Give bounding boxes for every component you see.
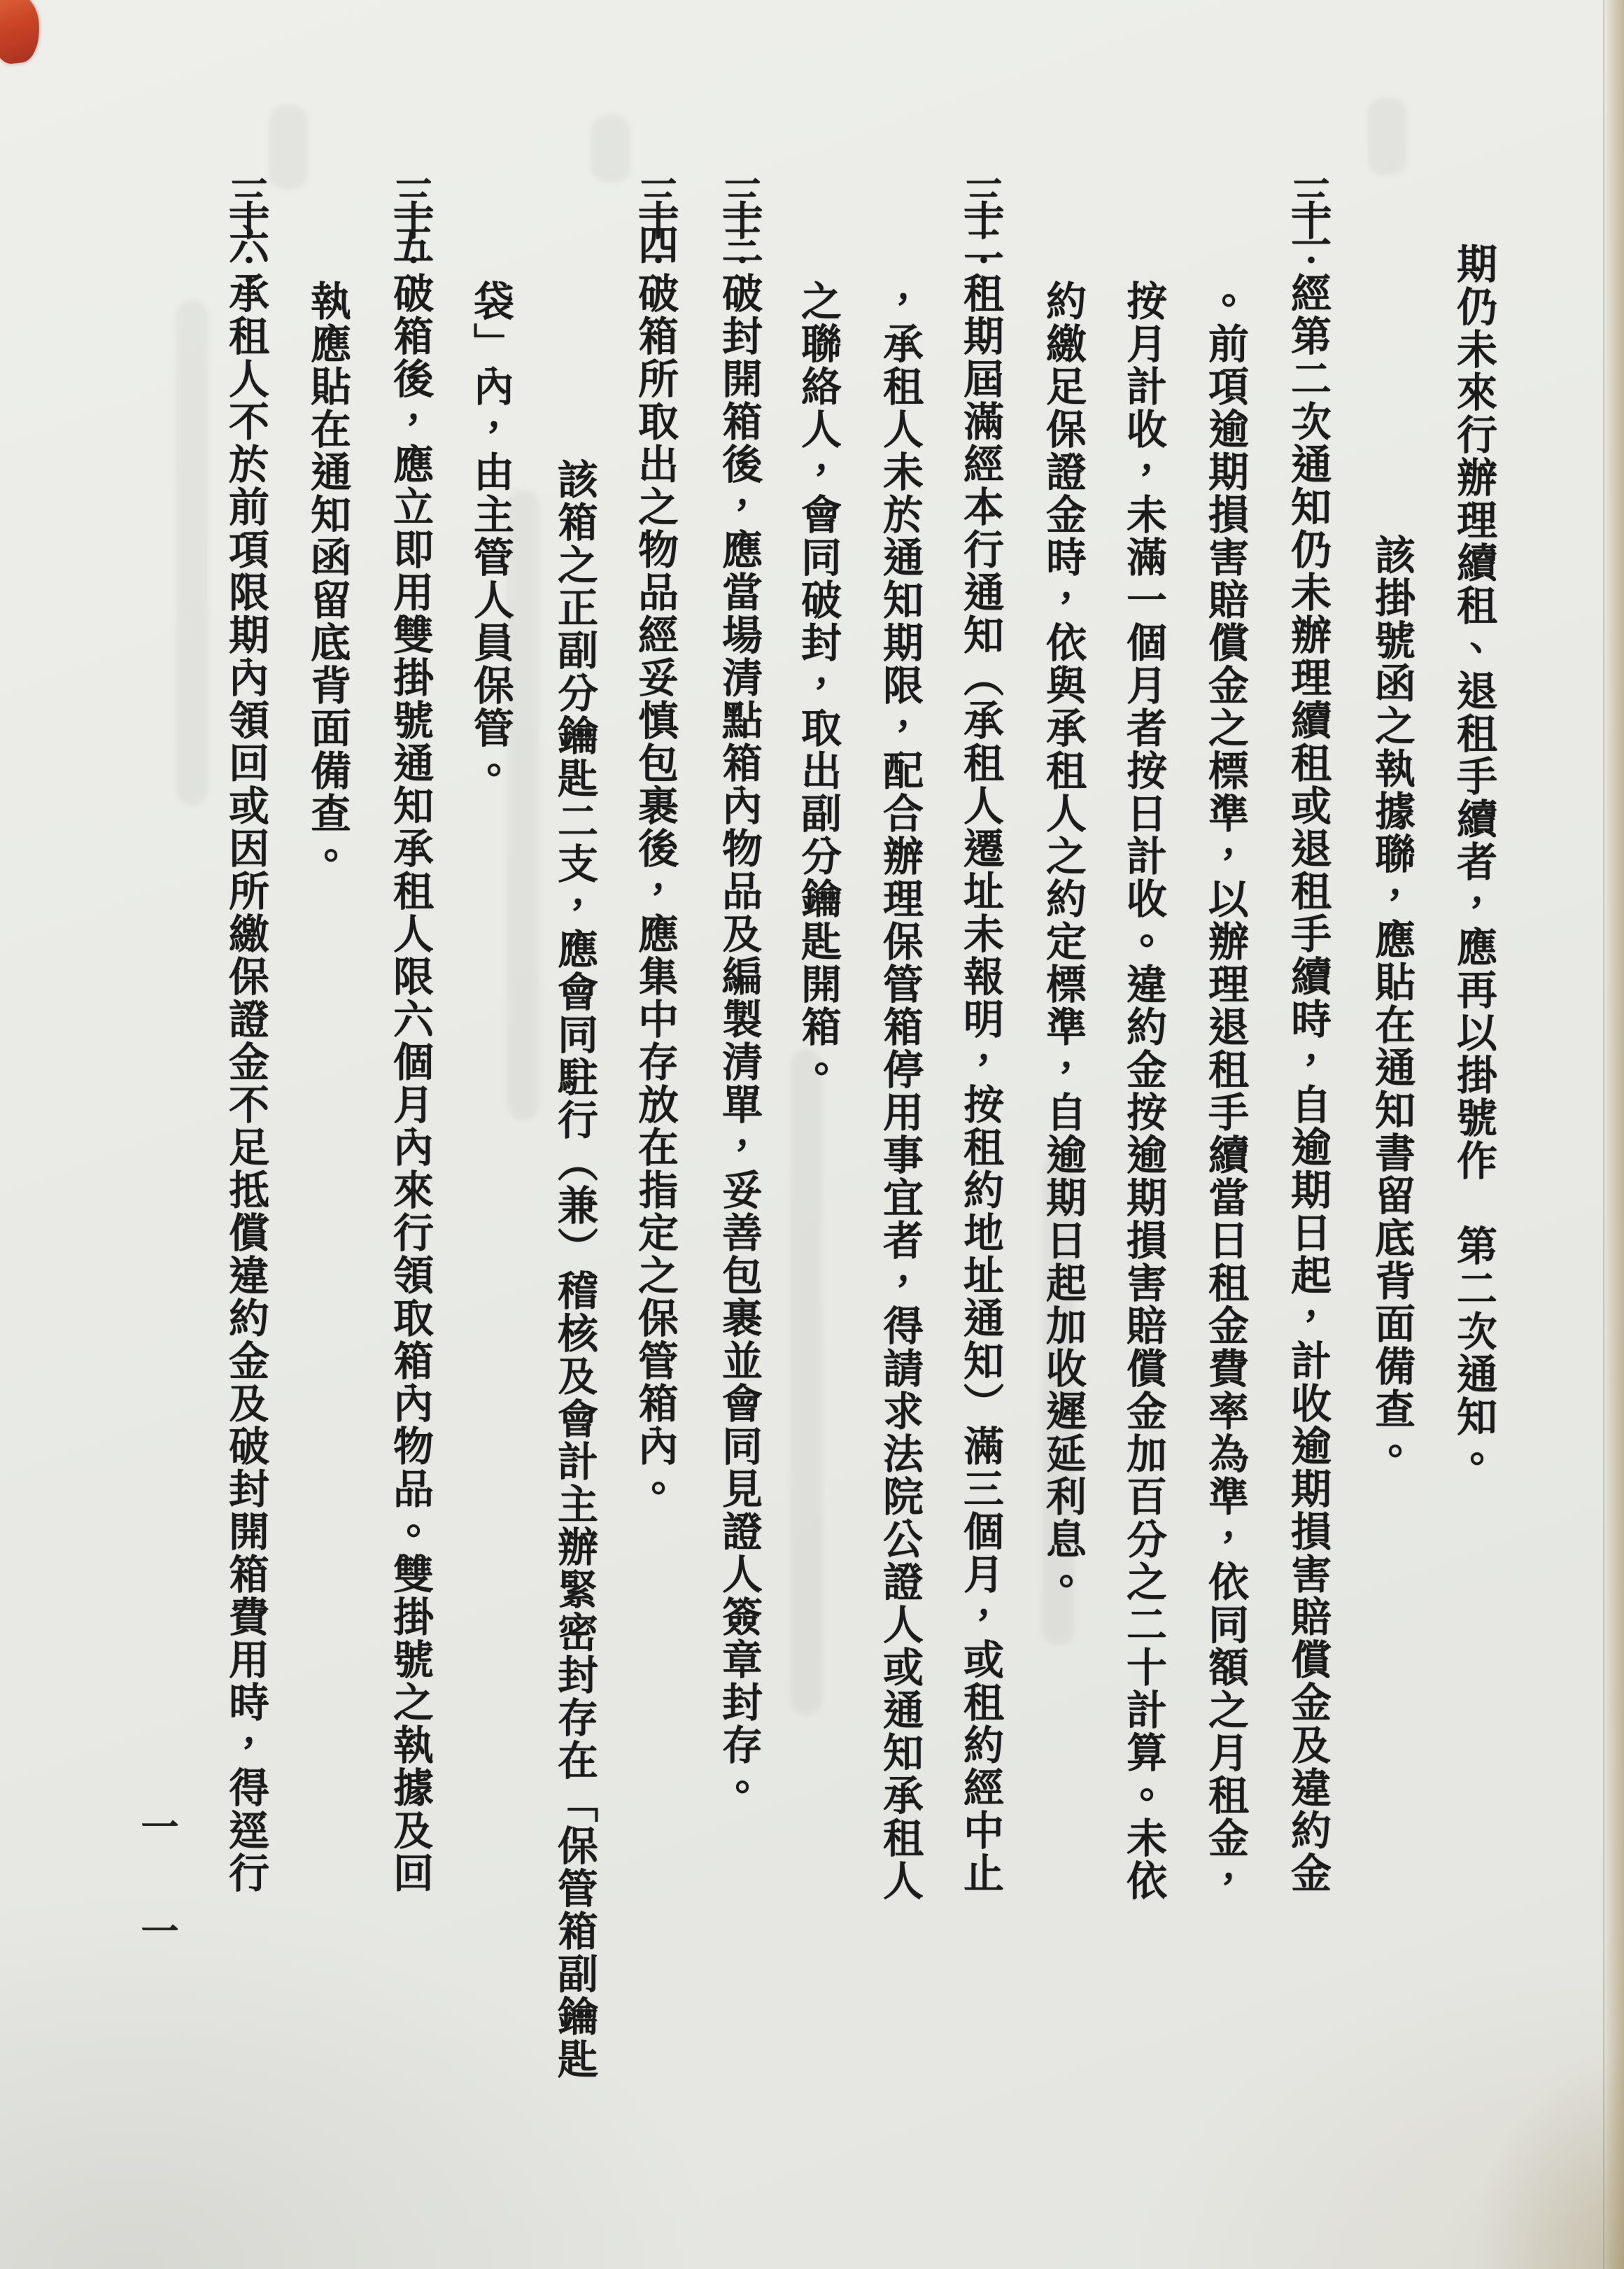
column-text: 。前項逾期損害賠償金之標準，以辦理退租手續當日租金費率為準，依同額之月租金， <box>1202 280 1248 1902</box>
text-column: 袋」內，由主管人員保管。 <box>469 280 510 792</box>
clause-number: 三十六： <box>223 175 268 272</box>
clause-number: 三十四： <box>632 175 677 272</box>
column-text: 破箱所取出之物品經妥慎包裹後，應集中存放在指定之保管箱內。 <box>632 272 677 1510</box>
text-column: 三十五：破箱後，應立即用雙掛號通知承租人限六個月內來行領取箱內物品。雙掛號之執據… <box>389 175 430 1895</box>
text-column: 該箱之正副分鑰匙二支，應會同駐行（兼）稽核及會計主辦緊密封存在「保管箱副鑰匙 <box>553 458 594 2081</box>
clause-number: 三十一： <box>1285 175 1330 272</box>
column-text: 按月計收，未滿一個月者按日計收。違約金按逾期損害賠償金加百分之二十計算。未依 <box>1120 280 1166 1902</box>
bleed-through-smudge <box>791 1050 822 1715</box>
column-text: 約繳足保證金時，依與承租人之約定標準，自逾期日起加收遲延利息。 <box>1040 280 1085 1603</box>
text-column: ，承租人未於通知期限，配合辦理保管箱停用事宜者，得請求法院公證人或通知承租人 <box>879 280 919 1902</box>
column-text: 經第二次通知仍未辦理續租或退租手續時，自逾期日起，計收逾期損害賠償金及違約金 <box>1285 272 1330 1895</box>
text-column: 三十六：承租人不於前項限期內領回或因所繳保證金不足抵償違約金及破封開箱費用時，得… <box>225 175 265 1895</box>
scan-edge-strip <box>1603 0 1624 2269</box>
bleed-through-smudge <box>269 105 308 189</box>
clause-number: 三十五： <box>387 175 432 272</box>
text-column: 三十二：租期屆滿經本行通知（承租人遷址未報明，按租約地址通知）滿三個月，或租約經… <box>959 175 1000 1895</box>
text-column: 三十四：破箱所取出之物品經妥慎包裹後，應集中存放在指定之保管箱內。 <box>634 175 675 1510</box>
clause-number: 三十二： <box>957 175 1003 272</box>
bleed-through-smudge <box>176 301 208 805</box>
column-text: 執應貼在通知函留底背面備查。 <box>304 280 350 878</box>
column-text: 袋」內，由主管人員保管。 <box>467 280 513 792</box>
text-column: 之聯絡人，會同破封，取出副分鑰匙開箱。 <box>797 280 838 1091</box>
column-text: 該箱之正副分鑰匙二支，應會同駐行（兼）稽核及會計主辦緊密封存在「保管箱副鑰匙 <box>551 458 597 2081</box>
text-column: 按月計收，未滿一個月者按日計收。違約金按逾期損害賠償金加百分之二十計算。未依 <box>1122 280 1163 1902</box>
column-text: 破封開箱後，應當場清點箱內物品及編製清單，妥善包裹並會同見證人簽章封存。 <box>716 272 761 1809</box>
text-column: 三十一：經第二次通知仍未辦理續租或退租手續時，自逾期日起，計收逾期損害賠償金及違… <box>1287 175 1327 1895</box>
column-text: 租期屆滿經本行通知（承租人遷址未報明，按租約地址通知）滿三個月，或租約經中止 <box>957 272 1003 1895</box>
column-text: 破箱後，應立即用雙掛號通知承租人限六個月內來行領取箱內物品。雙掛號之執據及回 <box>387 272 432 1895</box>
column-text: ，承租人未於通知期限，配合辦理保管箱停用事宜者，得請求法院公證人或通知承租人 <box>877 280 922 1902</box>
column-text: 期仍未來行辦理續租、退租手續者，應再以掛號作 第二次通知。 <box>1450 243 1496 1481</box>
text-column: 該掛號函之執據聯，應貼在通知書留底背面備查。 <box>1371 534 1411 1473</box>
text-column: 三十三：破封開箱後，應當場清點箱內物品及編製清單，妥善包裹並會同見證人簽章封存。 <box>718 175 758 1809</box>
column-text: 之聯絡人，會同破封，取出副分鑰匙開箱。 <box>795 280 840 1091</box>
red-tape-mark <box>0 0 43 65</box>
column-text: 承租人不於前項限期內領回或因所繳保證金不足抵償違約金及破封開箱費用時，得逕行 <box>223 272 268 1895</box>
text-column: 。前項逾期損害賠償金之標準，以辦理退租手續當日租金費率為準，依同額之月租金， <box>1204 280 1245 1902</box>
scan-corner-shade <box>1470 2045 1624 2269</box>
clause-number: 三十三： <box>716 175 761 272</box>
page-number: 一一 <box>130 1807 184 2016</box>
text-column: 約繳足保證金時，依與承租人之約定標準，自逾期日起加收遲延利息。 <box>1042 280 1082 1603</box>
bleed-through-smudge <box>591 115 630 182</box>
column-text: 該掛號函之執據聯，應貼在通知書留底背面備查。 <box>1369 534 1414 1473</box>
text-column: 執應貼在通知函留底背面備查。 <box>306 280 347 878</box>
text-column: 期仍未來行辦理續租、退租手續者，應再以掛號作 第二次通知。 <box>1453 243 1493 1481</box>
scanned-document-page: 期仍未來行辦理續租、退租手續者，應再以掛號作 第二次通知。 該掛號函之執據聯，應… <box>0 0 1624 2269</box>
bleed-through-smudge <box>1368 98 1406 175</box>
